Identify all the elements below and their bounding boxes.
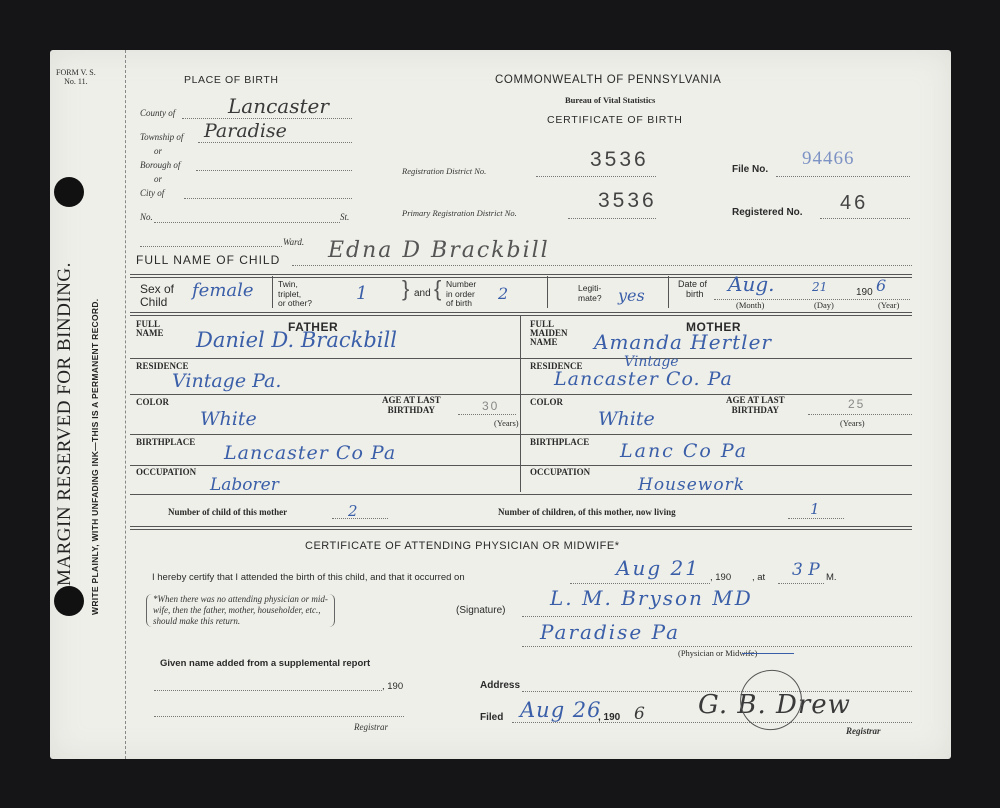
city-line[interactable] <box>184 198 352 199</box>
filed-date-value[interactable]: Aug 26 <box>520 698 602 722</box>
sex-of-child-label: Sex of Child <box>140 283 174 309</box>
mother-age-label: AGE AT LAST BIRTHDAY <box>726 395 785 415</box>
at-label: , at <box>752 572 765 583</box>
legitimate-value[interactable]: yes <box>618 286 645 305</box>
supplemental-year: , 190 <box>382 681 403 692</box>
father-occupation-label: OCCUPATION <box>136 467 196 477</box>
cell-divider-order <box>547 276 548 308</box>
father-age-value[interactable]: 30 <box>482 399 499 413</box>
father-birthplace-value[interactable]: Lancaster Co Pa <box>224 442 396 464</box>
mother-occupation-value[interactable]: Housework <box>638 475 745 495</box>
signature-place-value[interactable]: Paradise Pa <box>540 620 680 644</box>
commonwealth-title: COMMONWEALTH OF PENNSYLVANIA <box>495 74 721 86</box>
father-name-label: FULL NAME <box>136 320 164 338</box>
ward-line <box>140 246 282 247</box>
filed-year-prefix: , 190 <box>598 712 620 723</box>
township-value[interactable]: Paradise <box>204 120 287 142</box>
registered-no-line <box>820 218 910 219</box>
dob-label-line1: Date of <box>678 279 707 289</box>
dob-year-prefix: 190 <box>856 287 873 298</box>
bureau-subtitle: Bureau of Vital Statistics <box>565 95 655 105</box>
children-living-value[interactable]: 1 <box>810 500 820 518</box>
street-st-label: St. <box>340 212 349 222</box>
margin-ink-text: WRITE PLAINLY, WITH UNFADING INK—THIS IS… <box>90 299 100 615</box>
birth-certificate-page: FORM V. S. No. 11. MARGIN RESERVED FOR B… <box>50 50 951 759</box>
signature-value[interactable]: L. M. Bryson MD <box>550 586 753 610</box>
father-age-label-line2: BIRTHDAY <box>382 405 441 415</box>
file-no-value[interactable]: 94466 <box>802 148 855 170</box>
margin-binding-text: MARGIN RESERVED FOR BINDING. <box>54 246 76 586</box>
time-line <box>778 583 824 584</box>
borough-line[interactable] <box>196 170 352 171</box>
occurred-year-prefix: , 190 <box>710 572 731 583</box>
time-value[interactable]: 3 P <box>792 560 820 580</box>
mother-age-label-line1: AGE AT LAST <box>726 395 785 405</box>
certify-text: I hereby certify that I attended the bir… <box>152 572 465 583</box>
order-label: Number in order of birth <box>446 280 476 309</box>
mother-occupation-label: OCCUPATION <box>530 467 590 477</box>
legitimate-label: Legiti- mate? <box>578 284 602 303</box>
supplemental-line[interactable] <box>154 690 382 691</box>
mother-name-label: FULL MAIDEN NAME <box>530 320 568 347</box>
registered-no-label: Registered No. <box>732 207 803 218</box>
mother-age-label-line2: BIRTHDAY <box>726 405 785 415</box>
registration-district-line <box>536 176 656 177</box>
children-living-line <box>788 518 844 519</box>
father-birthplace-label: BIRTHPLACE <box>136 437 195 447</box>
registrar-caption-left: Registrar <box>354 722 388 732</box>
row-line-birthplace <box>130 465 912 466</box>
year-caption: (Year) <box>878 300 899 310</box>
street-no-label: No. <box>140 212 153 222</box>
binding-hole-top <box>54 177 84 207</box>
mother-age-value[interactable]: 25 <box>848 397 865 411</box>
m-label: M. <box>826 572 837 583</box>
legit-label-line2: mate? <box>578 294 602 304</box>
supplemental-label: Given name added from a supplemental rep… <box>160 658 370 669</box>
child-full-name-value[interactable]: Edna D Brackbill <box>328 238 550 263</box>
signature-label: (Signature) <box>456 605 505 616</box>
father-age-line <box>458 414 516 415</box>
twin-label-line3: or other? <box>278 299 312 309</box>
registration-district-value[interactable]: 3536 <box>590 148 649 172</box>
brace-left: } <box>402 276 409 302</box>
cell-divider-legit <box>668 276 669 308</box>
mother-color-value[interactable]: White <box>598 408 655 430</box>
file-no-line <box>776 176 910 177</box>
mother-birthplace-label: BIRTHPLACE <box>530 437 589 447</box>
number-of-child-value[interactable]: 2 <box>348 502 358 520</box>
note-line2: wife, then the father, mother, household… <box>153 605 328 616</box>
form-number-line1: FORM V. S. <box>56 68 96 77</box>
form-number-line2: No. 11. <box>56 77 96 86</box>
dob-year-value[interactable]: 6 <box>876 276 886 295</box>
place-of-birth-heading: PLACE OF BIRTH <box>184 74 279 86</box>
mother-birthplace-value[interactable]: Lanc Co Pa <box>620 440 748 462</box>
row-line-residence <box>130 394 912 395</box>
father-occupation-value[interactable]: Laborer <box>210 475 279 495</box>
midwife-strikethrough <box>742 653 794 654</box>
certificate-title: CERTIFICATE OF BIRTH <box>547 114 683 126</box>
borough-label: Borough of <box>140 160 180 170</box>
dob-label: Date of birth <box>678 279 707 299</box>
street-line[interactable] <box>154 222 340 223</box>
note-line1: *When there was no attending physician o… <box>153 594 328 605</box>
father-name-label-line2: NAME <box>136 329 164 338</box>
month-caption: (Month) <box>736 300 764 310</box>
primary-district-label: Primary Registration District No. <box>402 208 517 218</box>
day-caption: (Day) <box>814 300 834 310</box>
section-divider-1 <box>130 274 912 278</box>
mother-color-label: COLOR <box>530 397 563 407</box>
county-label: County of <box>140 108 175 118</box>
full-name-line <box>292 265 912 266</box>
cell-divider-sex <box>272 276 273 308</box>
order-value[interactable]: 2 <box>498 284 508 303</box>
dob-month-value[interactable]: Aug. <box>728 272 774 296</box>
township-line <box>198 142 352 143</box>
city-label: City of <box>140 188 164 198</box>
no-physician-note: *When there was no attending physician o… <box>146 594 335 627</box>
address-label: Address <box>480 680 520 691</box>
dob-label-line2: birth <box>678 289 707 299</box>
father-color-value[interactable]: White <box>200 408 257 430</box>
father-color-label: COLOR <box>136 397 169 407</box>
signature-place-line <box>522 646 912 647</box>
note-line3: should make this return. <box>153 616 328 627</box>
number-of-child-label: Number of child of this mother <box>168 507 287 517</box>
registrar-left-line[interactable] <box>154 716 404 717</box>
father-residence-value[interactable]: Vintage Pa. <box>172 370 281 392</box>
or-label-2: or <box>154 174 162 184</box>
mother-age-line <box>808 414 912 415</box>
twin-value[interactable]: 1 <box>356 283 367 304</box>
section-divider-3 <box>130 526 912 530</box>
father-age-label-line1: AGE AT LAST <box>382 395 441 405</box>
sex-label-line2: Child <box>140 296 174 309</box>
filed-line <box>512 722 912 723</box>
county-line <box>182 118 352 119</box>
county-value[interactable]: Lancaster <box>228 94 329 118</box>
and-label: and <box>414 288 431 299</box>
filed-label: Filed <box>480 712 503 723</box>
ward-label: Ward. <box>283 237 304 247</box>
registrar-caption-right: Registrar <box>846 726 881 736</box>
brace-right: { <box>434 276 441 302</box>
occurred-date-value[interactable]: Aug 21 <box>616 556 700 580</box>
twin-label: Twin, triplet, or other? <box>278 280 312 309</box>
physician-heading: CERTIFICATE OF ATTENDING PHYSICIAN OR MI… <box>305 540 620 552</box>
sex-value[interactable]: female <box>192 280 254 301</box>
mother-name-value[interactable]: Amanda Hertler <box>594 330 772 354</box>
row-line-name <box>130 358 912 359</box>
primary-district-line <box>568 218 656 219</box>
row-line-color <box>130 434 912 435</box>
father-name-value[interactable]: Daniel D. Brackbill <box>196 328 397 352</box>
registered-no-value[interactable]: 46 <box>840 192 868 215</box>
mother-years-caption: (Years) <box>840 418 865 428</box>
township-label: Township of <box>140 132 183 142</box>
file-no-label: File No. <box>732 164 768 175</box>
filed-year-value[interactable]: 6 <box>634 704 645 724</box>
binding-hole-bottom <box>54 586 84 616</box>
section-divider-2 <box>130 312 912 316</box>
mother-name-label-line3: NAME <box>530 338 568 347</box>
primary-district-value[interactable]: 3536 <box>598 189 657 213</box>
occurred-date-line <box>570 583 710 584</box>
margin-divider <box>125 50 126 759</box>
order-label-line3: of birth <box>446 299 476 309</box>
registration-district-label: Registration District No. <box>402 166 486 176</box>
signature-line <box>522 616 912 617</box>
father-age-label: AGE AT LAST BIRTHDAY <box>382 395 441 415</box>
full-name-of-child-label: FULL NAME OF CHILD <box>136 253 280 267</box>
number-of-child-line <box>332 518 388 519</box>
form-number: FORM V. S. No. 11. <box>56 68 96 86</box>
or-label-1: or <box>154 146 162 156</box>
dob-day-value[interactable]: 21 <box>812 280 827 294</box>
mother-residence-value-2[interactable]: Lancaster Co. Pa <box>554 368 733 390</box>
children-living-label: Number of children, of this mother, now … <box>498 507 676 517</box>
registrar-flourish <box>732 661 811 739</box>
father-years-caption: (Years) <box>494 418 519 428</box>
